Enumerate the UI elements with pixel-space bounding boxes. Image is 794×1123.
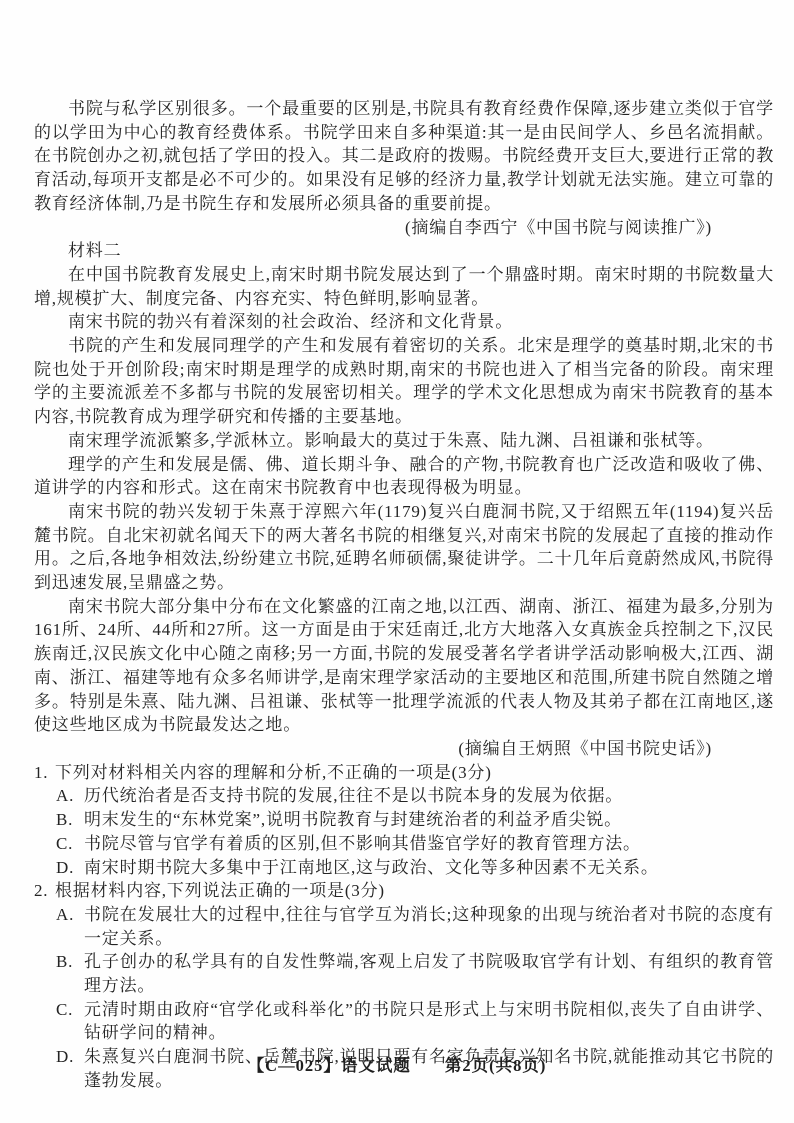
material-two-paragraph-1: 在中国书院教育发展史上,南宋时期书院发展达到了一个鼎盛时期。南宋时期的书院数量大… bbox=[34, 263, 774, 310]
material-two-paragraph-7: 南宋书院大部分集中分布在文化繁盛的江南之地,以江西、湖南、浙江、福建为最多,分别… bbox=[34, 595, 774, 737]
option-label-c: C. bbox=[56, 998, 73, 1022]
material-two-paragraph-2: 南宋书院的勃兴有着深刻的社会政治、经济和文化背景。 bbox=[34, 310, 774, 334]
question-1: 1.下列对材料相关内容的理解和分析,不正确的一项是(3分) A.历代统治者是否支… bbox=[34, 761, 774, 880]
option-label-c: C. bbox=[56, 832, 73, 856]
material-two-heading: 材料二 bbox=[34, 239, 774, 263]
material-two-citation: (摘编自王炳照《中国书院史话》) bbox=[34, 737, 774, 761]
material-one-citation: (摘编自李西宁《中国书院与阅读推广》) bbox=[34, 216, 774, 240]
question-2-stem: 2.根据材料内容,下列说法正确的一项是(3分) bbox=[34, 879, 774, 903]
option-text-c: 书院尽管与官学有着质的区别,但不影响其借鉴官学好的教育管理方法。 bbox=[84, 834, 641, 853]
question-2-option-a: A.书院在发展壮大的过程中,往往与官学互为消长;这种现象的出现与统治者对书院的态… bbox=[56, 903, 774, 950]
question-1-option-c: C.书院尽管与官学有着质的区别,但不影响其借鉴官学好的教育管理方法。 bbox=[56, 832, 774, 856]
question-1-number: 1. bbox=[34, 761, 48, 785]
option-text-c: 元清时期由政府“官学化或科举化”的书院只是形式上与宋明书院相似,丧失了自由讲学、… bbox=[84, 1000, 774, 1043]
question-1-option-d: D.南宋时期书院大多集中于江南地区,这与政治、文化等多种因素不无关系。 bbox=[56, 856, 774, 880]
material-two-paragraph-3: 书院的产生和发展同理学的产生和发展有着密切的关系。北宋是理学的奠基时期,北宋的书… bbox=[34, 334, 774, 429]
question-1-stem: 1.下列对材料相关内容的理解和分析,不正确的一项是(3分) bbox=[34, 761, 774, 785]
option-text-a: 书院在发展壮大的过程中,往往与官学互为消长;这种现象的出现与统治者对书院的态度有… bbox=[84, 905, 774, 948]
option-label-a: A. bbox=[56, 903, 74, 927]
question-2-stem-text: 根据材料内容,下列说法正确的一项是(3分) bbox=[55, 881, 385, 900]
option-text-d: 南宋时期书院大多集中于江南地区,这与政治、文化等多种因素不无关系。 bbox=[84, 858, 659, 877]
option-text-b: 明末发生的“东林党案”,说明书院教育与封建统治者的利益矛盾尖锐。 bbox=[84, 810, 622, 829]
page-indicator: 第2页(共8页) bbox=[445, 1052, 547, 1076]
question-1-stem-text: 下列对材料相关内容的理解和分析,不正确的一项是(3分) bbox=[55, 763, 492, 782]
page-footer: 【C—025】语文试题 第2页(共8页) bbox=[0, 1052, 794, 1076]
option-label-a: A. bbox=[56, 784, 74, 808]
material-two-paragraph-6: 南宋书院的勃兴发轫于朱熹于淳熙六年(1179)复兴白鹿洞书院,又于绍熙五年(11… bbox=[34, 500, 774, 595]
material-two-paragraph-5: 理学的产生和发展是儒、佛、道长期斗争、融合的产物,书院教育也广泛改造和吸收了佛、… bbox=[34, 453, 774, 500]
exam-code: 【C—025】语文试题 bbox=[248, 1052, 411, 1076]
option-text-b: 孔子创办的私学具有的自发性弊端,客观上启发了书院吸取官学有计划、有组织的教育管理… bbox=[84, 952, 774, 995]
option-label-b: B. bbox=[56, 950, 73, 974]
question-1-option-b: B.明末发生的“东林党案”,说明书院教育与封建统治者的利益矛盾尖锐。 bbox=[56, 808, 774, 832]
question-2-option-c: C.元清时期由政府“官学化或科举化”的书院只是形式上与宋明书院相似,丧失了自由讲… bbox=[56, 998, 774, 1045]
option-label-b: B. bbox=[56, 808, 73, 832]
exam-paper-page: 书院与私学区别很多。一个最重要的区别是,书院具有教育经费作保障,逐步建立类似于官… bbox=[0, 0, 794, 1123]
option-label-d: D. bbox=[56, 856, 74, 880]
question-2-option-b: B.孔子创办的私学具有的自发性弊端,客观上启发了书院吸取官学有计划、有组织的教育… bbox=[56, 950, 774, 997]
material-two-paragraph-4: 南宋理学流派繁多,学派林立。影响最大的莫过于朱熹、陆九渊、吕祖谦和张栻等。 bbox=[34, 429, 774, 453]
option-text-a: 历代统治者是否支持书院的发展,往往不是以书院本身的发展为依据。 bbox=[84, 786, 623, 805]
page-content: 书院与私学区别很多。一个最重要的区别是,书院具有教育经费作保障,逐步建立类似于官… bbox=[34, 97, 774, 1093]
question-2-number: 2. bbox=[34, 879, 48, 903]
question-1-option-a: A.历代统治者是否支持书院的发展,往往不是以书院本身的发展为依据。 bbox=[56, 784, 774, 808]
material-one-paragraph: 书院与私学区别很多。一个最重要的区别是,书院具有教育经费作保障,逐步建立类似于官… bbox=[34, 97, 774, 216]
